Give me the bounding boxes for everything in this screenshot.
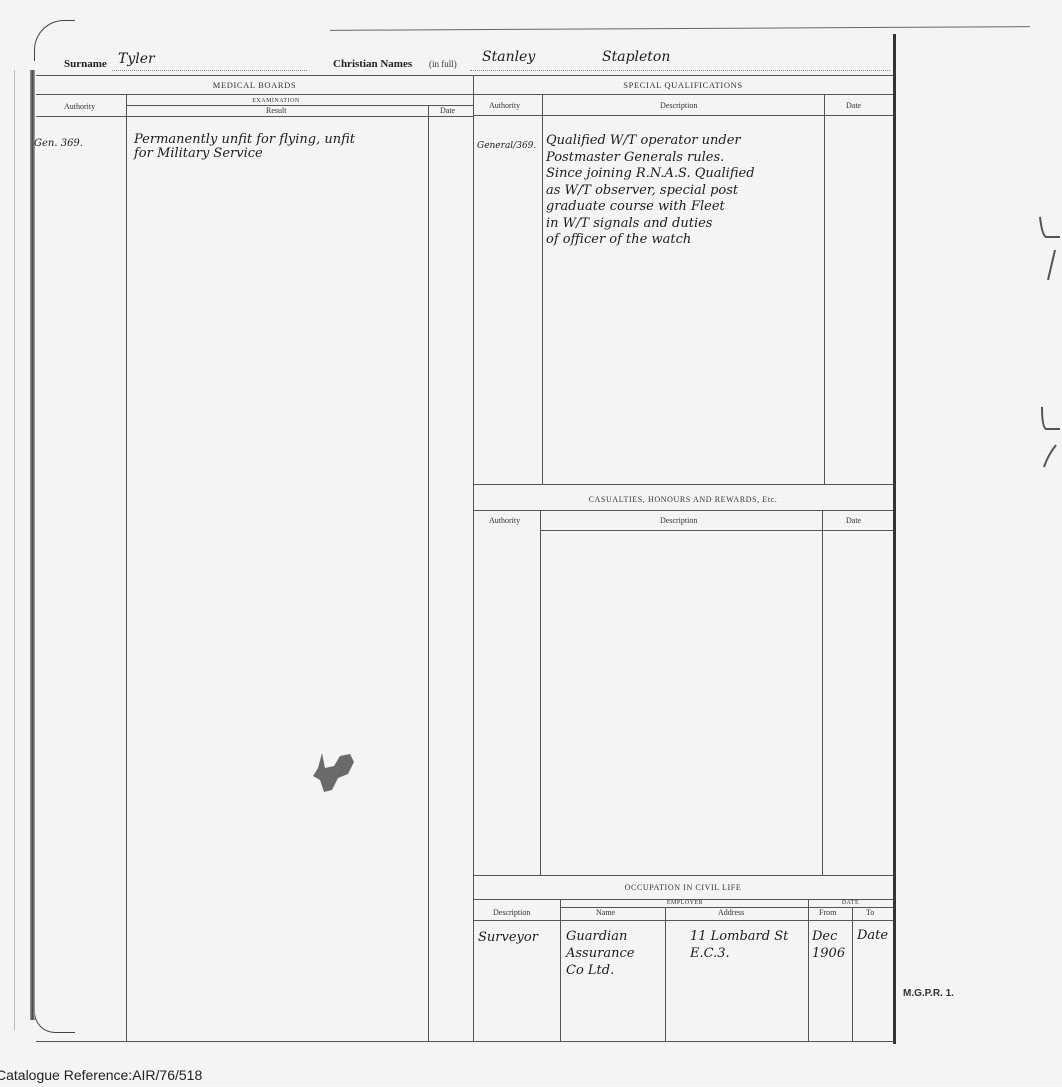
frame-right <box>893 34 896 1044</box>
christian-names-label: Christian Names <box>333 58 412 70</box>
occupation-title: OCCUPATION IN CIVIL LIFE <box>473 883 893 892</box>
occupation-col-employer: EMPLOYER <box>560 900 810 906</box>
casualties-header-bottom <box>540 530 893 531</box>
occupation-row-description: Surveyor <box>478 930 538 945</box>
occupation-row-to: Date <box>857 928 888 943</box>
medical-divider-authority <box>126 94 127 1041</box>
medical-col-examination: EXAMINATION <box>126 98 426 104</box>
form-code: M.G.P.R. 1. <box>903 988 954 999</box>
special-col-date: Date <box>846 101 861 110</box>
frame-top <box>36 75 894 76</box>
christian-names-dotted-line <box>470 70 890 71</box>
ink-blot <box>310 748 360 798</box>
medical-col-authority: Authority <box>64 102 95 111</box>
medical-exam-rule <box>126 105 473 106</box>
special-title-rule <box>473 94 893 95</box>
casualties-title: CASUALTIES, HONOURS AND REWARDS, Etc. <box>473 495 893 504</box>
casualties-divider-authority <box>540 510 541 875</box>
christian-name-middle: Stapleton <box>602 50 670 65</box>
casualties-divider-date <box>822 510 823 875</box>
special-row-authority: General/369. <box>477 139 536 154</box>
medical-col-date: Date <box>440 106 455 115</box>
left-page-edge <box>14 70 15 1030</box>
casualties-top-rule <box>473 484 893 485</box>
christian-names-qualifier: (in full) <box>429 59 457 69</box>
occupation-divider-desc <box>560 899 561 1041</box>
occupation-col-from: From <box>819 908 836 917</box>
occupation-col-name: Name <box>596 908 615 917</box>
medical-header-bottom <box>36 116 473 117</box>
medical-row-authority: Gen. 369. <box>34 136 83 151</box>
special-col-description: Description <box>660 101 697 110</box>
margin-mark-1 <box>1030 215 1062 285</box>
medical-col-result: Result <box>266 106 286 115</box>
occupation-col-description: Description <box>493 908 530 917</box>
occupation-row-from: Dec 1906 <box>812 928 845 962</box>
occupation-row-address: 11 Lombard St E.C.3. <box>690 928 788 962</box>
frame-bottom <box>36 1041 894 1042</box>
occupation-divider-from <box>852 907 853 1041</box>
catalogue-reference: Catalogue Reference:AIR/76/518 <box>0 1067 202 1083</box>
casualties-title-rule <box>473 510 893 511</box>
special-header-bottom <box>473 115 893 116</box>
casualties-col-date: Date <box>846 516 861 525</box>
page-corner-bottom-left <box>34 1012 75 1033</box>
page-corner-top-left <box>34 20 75 61</box>
occupation-col-dates: DATE <box>808 900 893 906</box>
occupation-col-to: To <box>866 908 874 917</box>
top-torn-edge <box>330 26 1030 31</box>
medical-section-right <box>473 75 474 1041</box>
occupation-row-name: Guardian Assurance Co Ltd. <box>566 928 634 979</box>
medical-title-rule <box>36 94 473 95</box>
special-qual-title: SPECIAL QUALIFICATIONS <box>473 80 893 90</box>
medical-boards-title: MEDICAL BOARDS <box>36 80 473 90</box>
special-col-authority: Authority <box>489 101 520 110</box>
special-divider-authority <box>542 94 543 484</box>
occupation-divider-address <box>808 899 809 1041</box>
casualties-col-description: Description <box>660 516 697 525</box>
special-divider-date <box>824 94 825 484</box>
occupation-col-address: Address <box>718 908 744 917</box>
medical-row-result: Permanently unfit for flying, unfit for … <box>134 133 355 161</box>
binding-edge <box>30 70 35 1020</box>
margin-mark-2 <box>1030 405 1062 475</box>
christian-name-first: Stanley <box>482 50 535 65</box>
occupation-divider-name <box>665 907 666 1041</box>
occupation-top-rule <box>473 875 893 876</box>
surname-dotted-line <box>112 70 307 71</box>
surname-label: Surname <box>64 58 107 70</box>
occupation-header-bottom <box>473 920 893 921</box>
record-page: Surname Tyler Christian Names (in full) … <box>0 0 1062 1087</box>
casualties-col-authority: Authority <box>489 516 520 525</box>
medical-divider-date <box>428 105 429 1041</box>
surname-value: Tyler <box>118 52 155 67</box>
special-row-description: Qualified W/T operator under Postmaster … <box>546 133 755 249</box>
